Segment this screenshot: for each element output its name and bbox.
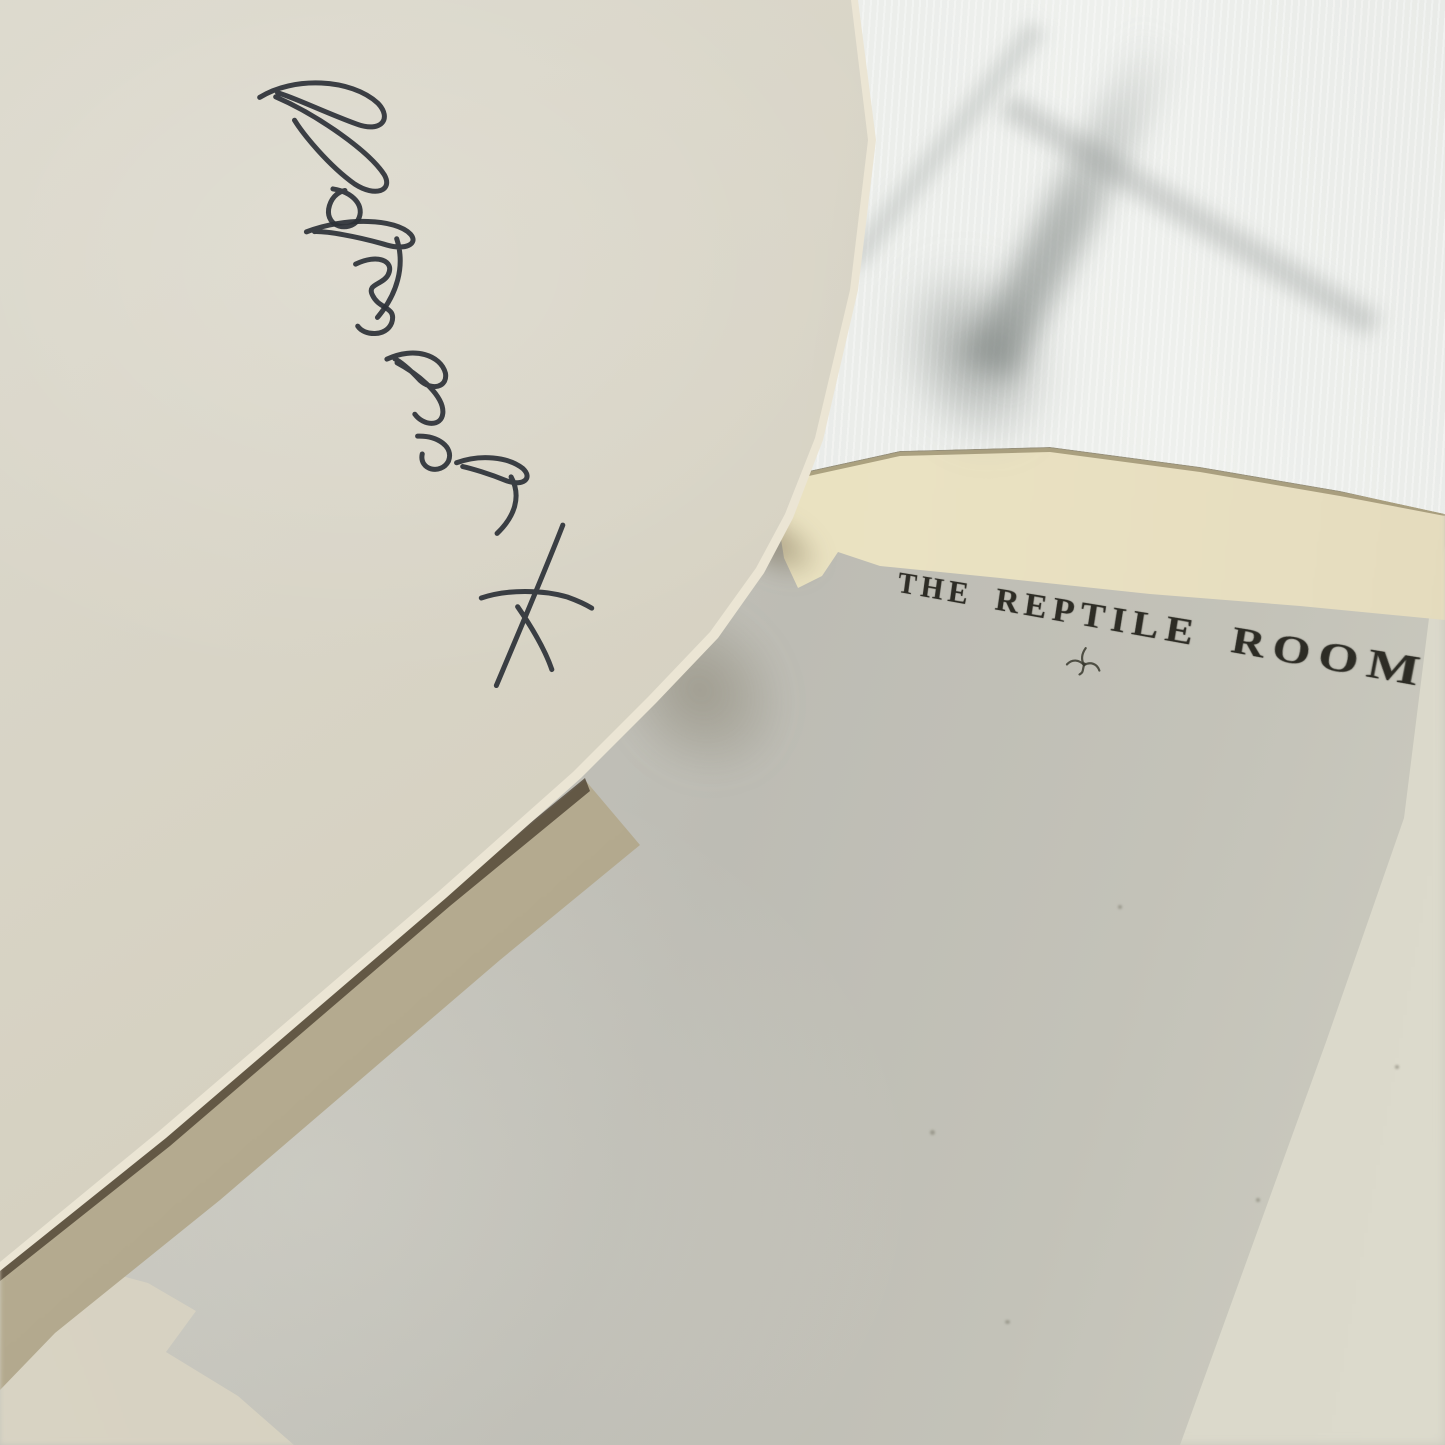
signature-stroke	[306, 220, 416, 320]
dust-speck	[930, 1130, 935, 1135]
signature-ink-strokes	[229, 54, 612, 726]
signature-stroke	[418, 432, 529, 536]
signature-stroke	[387, 352, 448, 425]
handwritten-signature: Boyan Boyk	[229, 54, 612, 726]
signature-stroke	[479, 524, 594, 686]
open-book-photo-scene: THE REPTILE ROOM Boyan Boyk	[0, 0, 1445, 1445]
signature-stroke	[355, 258, 393, 334]
dust-speck	[1256, 1198, 1260, 1202]
dust-speck	[1005, 1320, 1010, 1324]
dust-speck	[1118, 905, 1122, 909]
signature-stroke	[259, 80, 387, 195]
dust-speck	[1395, 1065, 1399, 1069]
fleuron-ornament-icon	[1062, 639, 1107, 679]
